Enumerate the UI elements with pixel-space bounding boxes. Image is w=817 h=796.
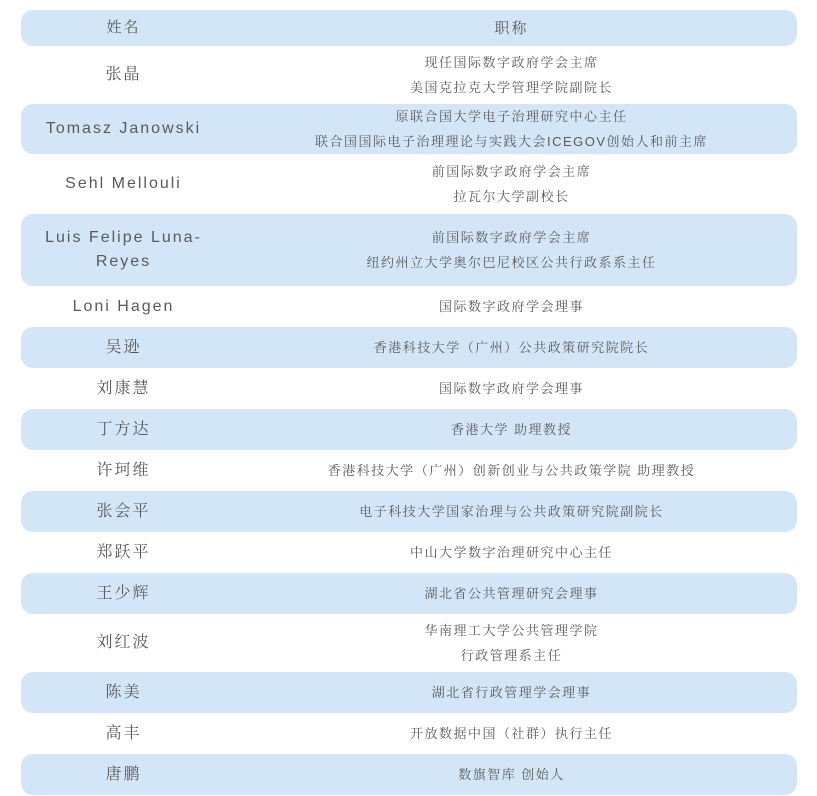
member-title: 香港科技大学（广州）公共政策研究院院长 [226,335,797,360]
table-row: 许珂维 香港科技大学（广州）创新创业与公共政策学院 助理教授 [21,450,797,491]
member-title: 现任国际数字政府学会主席 美国克拉克大学管理学院副院长 [226,50,797,100]
member-title: 湖北省公共管理研究会理事 [226,581,797,606]
table-row: Tomasz Janowski 原联合国大学电子治理研究中心主任 联合国国际电子… [21,104,797,154]
member-name: Sehl Mellouli [21,172,226,196]
table-row: 刘红波 华南理工大学公共管理学院 行政管理系主任 [21,614,797,672]
member-title: 国际数字政府学会理事 [226,294,797,319]
member-name: 刘红波 [21,631,226,655]
table-row: 吴逊 香港科技大学（广州）公共政策研究院院长 [21,327,797,368]
member-name: 张晶 [21,63,226,87]
table-row: 张晶 现任国际数字政府学会主席 美国克拉克大学管理学院副院长 [21,46,797,104]
members-table-page: 姓名 职称 张晶 现任国际数字政府学会主席 美国克拉克大学管理学院副院长 Tom… [0,0,817,796]
table-row: Loni Hagen 国际数字政府学会理事 [21,286,797,327]
member-title: 香港科技大学（广州）创新创业与公共政策学院 助理教授 [226,458,797,483]
table-row: 丁方达 香港大学 助理教授 [21,409,797,450]
member-name: Loni Hagen [21,295,226,319]
column-header-title: 职称 [226,16,797,41]
member-title: 华南理工大学公共管理学院 行政管理系主任 [226,618,797,668]
member-title: 前国际数字政府学会主席 拉瓦尔大学副校长 [226,159,797,209]
member-name: 吴逊 [21,336,226,360]
member-title: 前国际数字政府学会主席 纽约州立大学奥尔巴尼校区公共行政系系主任 [226,225,797,275]
member-name: 刘康慧 [21,377,226,401]
member-name: 高丰 [21,722,226,746]
member-name: 许珂维 [21,459,226,483]
members-table: 姓名 职称 张晶 现任国际数字政府学会主席 美国克拉克大学管理学院副院长 Tom… [21,10,797,795]
member-name: 张会平 [21,500,226,524]
table-row: 陈美 湖北省行政管理学会理事 [21,672,797,713]
column-header-name: 姓名 [21,16,226,40]
member-name: 唐鹏 [21,763,226,787]
table-row: 张会平 电子科技大学国家治理与公共政策研究院副院长 [21,491,797,532]
member-name: Tomasz Janowski [21,117,226,141]
member-title: 数旗智库 创始人 [226,762,797,787]
member-title: 香港大学 助理教授 [226,417,797,442]
member-name: 陈美 [21,681,226,705]
member-name: Luis Felipe Luna-Reyes [21,226,226,274]
table-header-row: 姓名 职称 [21,10,797,46]
table-row: 郑跃平 中山大学数字治理研究中心主任 [21,532,797,573]
table-row: 唐鹏 数旗智库 创始人 [21,754,797,795]
table-row: 刘康慧 国际数字政府学会理事 [21,368,797,409]
member-title: 中山大学数字治理研究中心主任 [226,540,797,565]
table-row: Luis Felipe Luna-Reyes 前国际数字政府学会主席 纽约州立大… [21,214,797,286]
member-name: 郑跃平 [21,541,226,565]
member-title: 开放数据中国（社群）执行主任 [226,721,797,746]
member-title: 电子科技大学国家治理与公共政策研究院副院长 [226,499,797,524]
member-name: 丁方达 [21,418,226,442]
member-title: 国际数字政府学会理事 [226,376,797,401]
member-title: 湖北省行政管理学会理事 [226,680,797,705]
table-row: 王少辉 湖北省公共管理研究会理事 [21,573,797,614]
member-name: 王少辉 [21,582,226,606]
table-row: Sehl Mellouli 前国际数字政府学会主席 拉瓦尔大学副校长 [21,154,797,214]
member-title: 原联合国大学电子治理研究中心主任 联合国国际电子治理理论与实践大会ICEGOV创… [226,104,797,154]
table-row: 高丰 开放数据中国（社群）执行主任 [21,713,797,754]
